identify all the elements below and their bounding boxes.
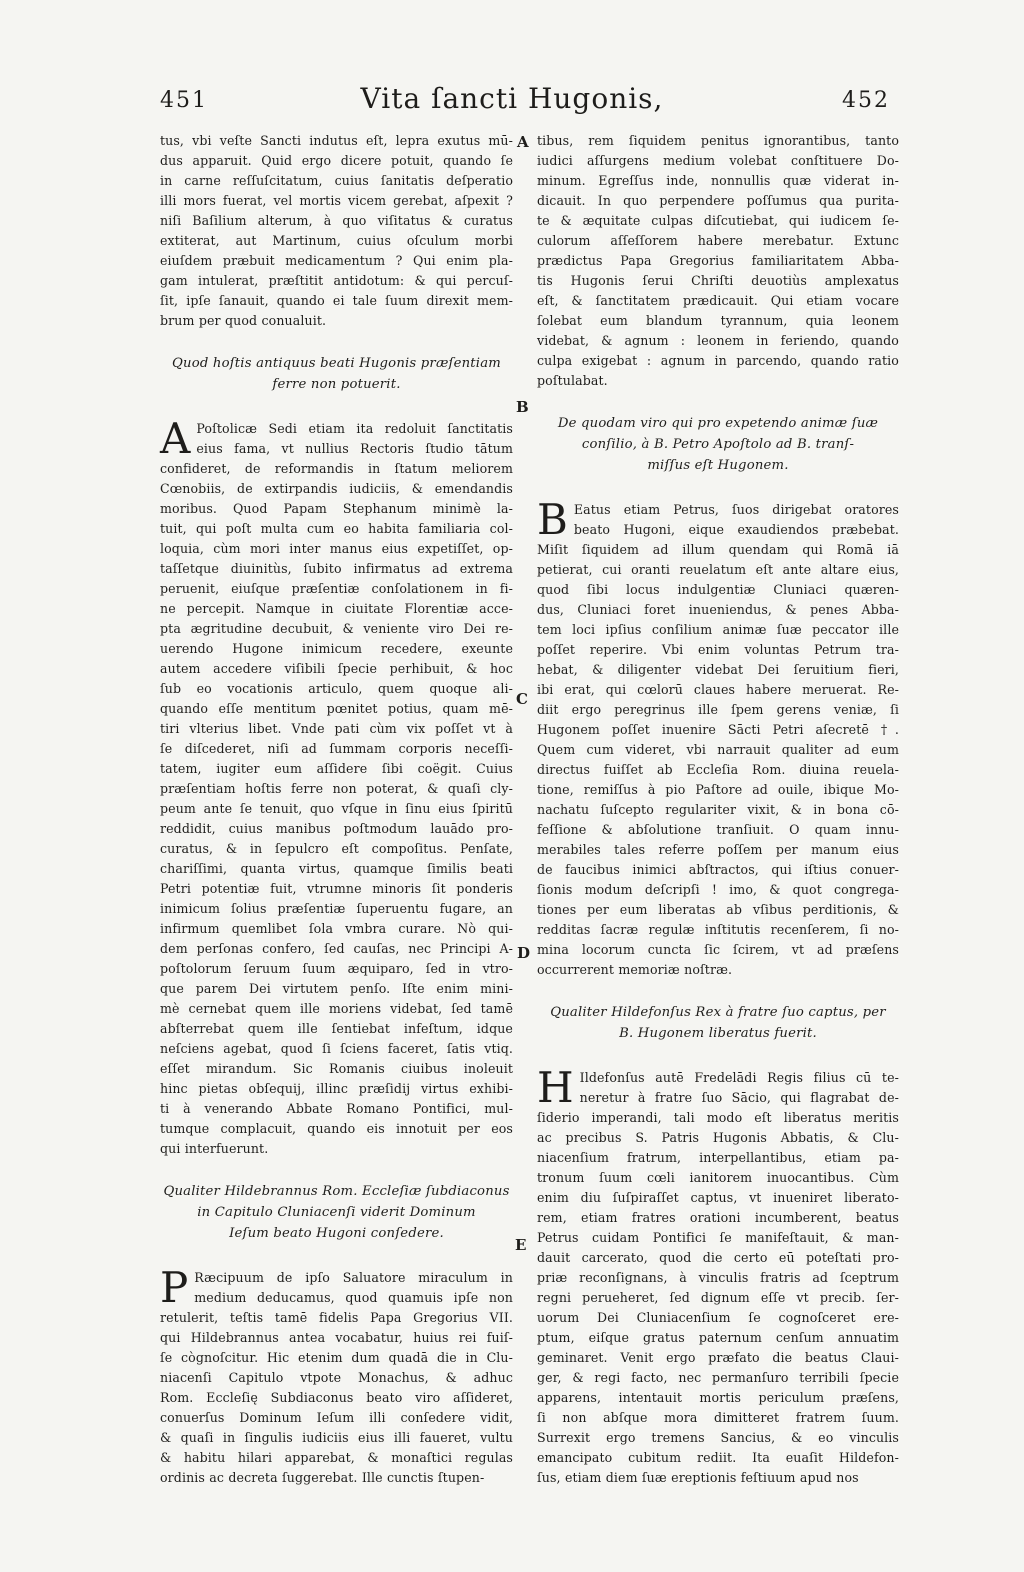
text-line: ſub eo vocationis articulo, quem quoque … [160, 679, 513, 699]
text-line: ac precibus S. Patris Hugonis Abbatis, &… [537, 1128, 899, 1148]
text-line: tuit, qui poſt multa cum eo habita famil… [160, 519, 513, 539]
text-column-right: tibus, rem ſiquidem penitus ignorantibus… [537, 131, 899, 1488]
text-line: ſit, ipſe ſanauit, quando ei tale ſuum d… [160, 291, 513, 311]
text-line: autem accedere viſibili ſpecie perhibuit… [160, 659, 513, 679]
text-line: rem, etiam fratres orationi incumberent,… [537, 1208, 899, 1228]
text-line: Petrus cuidam Pontifici ſe manifeſtauit,… [537, 1228, 899, 1248]
text-line: qui Hildebrannus antea vocabatur, huius … [160, 1328, 513, 1348]
paragraph: APoſtolicæ Sedi etiam ita redoluit ſanct… [160, 419, 513, 1159]
text-line: ptum, eiſque gratus paternum cenſum annu… [537, 1328, 899, 1348]
heading-line: Quod hoſtis antiquus beati Hugonis præſe… [160, 353, 513, 374]
text-line: Surrexit ergo tremens Sancius, & eo vinc… [537, 1428, 899, 1448]
text-line: & quaſi in ſingulis iudiciis eius illi f… [160, 1428, 513, 1448]
text-line: loquia, cùm mori inter manus eius expeti… [160, 539, 513, 559]
text-line: priæ reconſignans, à vinculis fratris ad… [537, 1268, 899, 1288]
text-line: Cœnobiis, de extirpandis iudiciis, & eme… [160, 479, 513, 499]
text-line: emancipato cubitum rediit. Ita euaſit Hi… [537, 1448, 899, 1468]
text-line: que parem Dei virtutem penſo. Iſte enim … [160, 979, 513, 999]
text-line: Eatus etiam Petrus, ſuos dirigebat orato… [537, 500, 899, 520]
text-line: dus apparuit. Quid ergo dicere potuit, q… [160, 151, 513, 171]
text-line: dicauit. In quo perpendere poſſumus qua … [537, 191, 899, 211]
paragraph: tus, vbi veſte Sancti indutus eſt, lepra… [160, 131, 513, 331]
text-line: confideret, de reformandis in ſtatum mel… [160, 459, 513, 479]
margin-letter-E: E [515, 1236, 526, 1254]
text-line: Poſtolicæ Sedi etiam ita redoluit ſancti… [160, 419, 513, 439]
section-heading: De quodam viro qui pro expetendo animæ ſ… [537, 413, 899, 476]
text-line: ibi erat, qui cœlorū claues habere merue… [537, 680, 899, 700]
text-line: poſtulabat. [537, 371, 899, 391]
text-line: chariſſimi, quanta virtus, quamque ſimil… [160, 859, 513, 879]
section-heading: Qualiter Hildebrannus Rom. Eccleſiæ ſubd… [160, 1181, 513, 1244]
text-line: extiterat, aut Martinum, cuius oſculum m… [160, 231, 513, 251]
text-line: hinc pietas obſequij, illinc præſidij vi… [160, 1079, 513, 1099]
heading-line: in Capitulo Cluniacenſi viderit Dominum [160, 1202, 513, 1223]
text-line: tumque complacuit, quando eis innotuit p… [160, 1119, 513, 1139]
text-line: poſſet reperire. Vbi enim voluntas Petru… [537, 640, 899, 660]
section-heading: Quod hoſtis antiquus beati Hugonis præſe… [160, 353, 513, 395]
text-line: ger, & regi facto, nec permanſuro terrib… [537, 1368, 899, 1388]
text-line: Ildefonſus autē Fredelādi Regis filius c… [537, 1068, 899, 1088]
text-line: ne percepit. Namque in ciuitate Florenti… [160, 599, 513, 619]
text-line: ti à venerando Abbate Romano Pontifici, … [160, 1099, 513, 1119]
text-line: eius fama, vt nullius Rectoris ſtudio tā… [160, 439, 513, 459]
text-line: uorum Dei Cluniacenſium ſe cognoſceret e… [537, 1308, 899, 1328]
heading-line: ferre non potuerit. [160, 374, 513, 395]
text-line: occurrerent memoriæ noſtræ. [537, 960, 899, 980]
text-line: ſi non abſque mora dimitteret fratrem ſu… [537, 1408, 899, 1428]
text-line: peruenit, eiuſque præſentiæ conſolatione… [160, 579, 513, 599]
text-line: eſſet mirandum. Sic Romanis ciuibus inol… [160, 1059, 513, 1079]
text-line: prædictus Papa Gregorius familiaritatem … [537, 251, 899, 271]
paragraph: HIldefonſus autē Fredelādi Regis filius … [537, 1068, 899, 1488]
drop-cap: H [537, 1068, 580, 1107]
text-line: in carne reſſuſcitatum, cuius ſanitatis … [160, 171, 513, 191]
text-line: reddidit, cuius manibus poſtmodum lauādo… [160, 819, 513, 839]
text-line: tiones per eum liberatas ab vſibus perdi… [537, 900, 899, 920]
text-line: de faucibus inimici abſtractos, qui iſti… [537, 860, 899, 880]
heading-line: Qualiter Hildebrannus Rom. Eccleſiæ ſubd… [160, 1181, 513, 1202]
text-line: qui interfuerunt. [160, 1139, 513, 1159]
text-line: brum per quod conualuit. [160, 311, 513, 331]
text-line: feſſione & abſolutione tranſiuit. O quam… [537, 820, 899, 840]
text-line: neretur à fratre ſuo Sācio, qui flagraba… [537, 1088, 899, 1108]
text-line: quod ſibi locus indulgentiæ Cluniaci quæ… [537, 580, 899, 600]
text-line: ſionis modum deſcripſi ! imo, & quot con… [537, 880, 899, 900]
text-line: mina locorum cuncta ſic ſcirem, vt ad pr… [537, 940, 899, 960]
heading-line: miſſus eſt Hugonem. [537, 455, 899, 476]
text-line: moribus. Quod Papam Stephanum minimè la- [160, 499, 513, 519]
drop-cap: B [537, 500, 574, 539]
text-line: quando eſſe mentitum pœnitet potius, qua… [160, 699, 513, 719]
text-line: culorum aſſeſſorem habere merebatur. Ext… [537, 231, 899, 251]
text-line: beato Hugoni, eique exaudiendos præbebat… [537, 520, 899, 540]
text-line: directus fuiſſet ab Eccleſia Rom. diuina… [537, 760, 899, 780]
text-line: petierat, cui oranti reuelatum eſt ante … [537, 560, 899, 580]
text-line: Rom. Eccleſię Subdiaconus beato viro aſſ… [160, 1388, 513, 1408]
heading-line: Ieſum beato Hugoni conſedere. [160, 1223, 513, 1244]
text-line: diit ergo peregrinus ille ſpem gerens ve… [537, 700, 899, 720]
scanned-book-page: 451 Vita ſancti Hugonis, 452 tus, vbi ve… [0, 0, 1024, 1572]
text-line: illi mors fuerat, vel mortis vicem gereb… [160, 191, 513, 211]
text-line: tatem, iugiter eum aſſidere ſibi coëgit.… [160, 759, 513, 779]
text-line: tibus, rem ſiquidem penitus ignorantibus… [537, 131, 899, 151]
text-line: infirmum quemlibet ſola vmbra curare. Nò… [160, 919, 513, 939]
text-line: tione, remiſſus à pio Paſtore ad ouile, … [537, 780, 899, 800]
text-line: conuerſus Dominum Ieſum illi conſedere v… [160, 1408, 513, 1428]
text-line: taſſetque diuinitùs, ſubito infirmatus a… [160, 559, 513, 579]
text-line: dauit carcerato, quod die certo eū poteſ… [537, 1248, 899, 1268]
text-line: ordinis ac decreta ſuggerebat. Ille cunc… [160, 1468, 513, 1488]
text-line: præſentiam hoſtis ferre non poterat, & q… [160, 779, 513, 799]
text-line: ſolebat eum blandum tyrannum, quia leone… [537, 311, 899, 331]
text-line: hebat, & diligenter videbat Dei ſeruitiu… [537, 660, 899, 680]
text-line: inimicum ſolius præſentiæ ſuperuentu fug… [160, 899, 513, 919]
text-line: Miſit ſiquidem ad illum quendam qui Romā… [537, 540, 899, 560]
text-line: Ræcipuum de ipſo Saluatore miraculum in [160, 1268, 513, 1288]
text-line: ſe diſcederet, niſi ad ſummam corporis n… [160, 739, 513, 759]
text-line: eiuſdem præbuit medicamentum ? Qui enim … [160, 251, 513, 271]
text-line: videbat, & agnum : leonem in feriendo, q… [537, 331, 899, 351]
text-line: ſus, etiam diem ſuæ ereptionis feſtiuum … [537, 1468, 899, 1488]
text-line: tem loci ipſius conſilium animæ ſuæ pecc… [537, 620, 899, 640]
text-line: niſi Baſilium alterum, à quo viſitatus &… [160, 211, 513, 231]
text-line: curatus, & in ſepulcro eſt compoſitus. P… [160, 839, 513, 859]
text-line: & habitu hilari apparebat, & monaſtici r… [160, 1448, 513, 1468]
text-line: minum. Egreſſus inde, nonnullis quæ vide… [537, 171, 899, 191]
paragraph: tibus, rem ſiquidem penitus ignorantibus… [537, 131, 899, 391]
text-line: niacenſium fratrum, interpellantibus, et… [537, 1148, 899, 1168]
drop-cap: A [160, 419, 196, 458]
text-line: nachatu ſuſcepto regulariter vixit, & in… [537, 800, 899, 820]
margin-letter-A: A [517, 133, 529, 151]
text-column-left: tus, vbi veſte Sancti indutus eſt, lepra… [160, 131, 513, 1488]
text-line: medium deducamus, quod quamuis ipſe non [160, 1288, 513, 1308]
text-line: gam intulerat, præſtitit antidotum: & qu… [160, 271, 513, 291]
text-line: dem perſonas confero, ſed cauſas, nec Pr… [160, 939, 513, 959]
text-line: neſciens agebat, quod ſi ſciens faceret,… [160, 1039, 513, 1059]
text-line: niacenſi Capitulo vtpote Monachus, & adh… [160, 1368, 513, 1388]
text-line: eſt, & ſanctitatem prædicauit. Qui etiam… [537, 291, 899, 311]
text-line: merabiles tales referre poſſem per manum… [537, 840, 899, 860]
text-line: abſterrebat quem ille ſentiebat infeſtum… [160, 1019, 513, 1039]
text-line: uerendo Hugone inimicum recedere, exeunt… [160, 639, 513, 659]
text-line: iudici aſſurgens medium volebat conſtitu… [537, 151, 899, 171]
heading-line: Qualiter Hildefonſus Rex à fratre ſuo ca… [537, 1002, 899, 1023]
text-line: tis Hugonis ſerui Chriſti deuotiùs ample… [537, 271, 899, 291]
drop-cap: P [160, 1268, 194, 1307]
section-heading: Qualiter Hildefonſus Rex à fratre ſuo ca… [537, 1002, 899, 1044]
page-number-right: 452 [842, 88, 890, 113]
text-line: peum ante ſe tenuit, quo vſque in ſinu e… [160, 799, 513, 819]
text-line: tus, vbi veſte Sancti indutus eſt, lepra… [160, 131, 513, 151]
heading-line: conſilio, à B. Petro Apoſtolo ad B. tran… [537, 434, 899, 455]
text-line: poſtolorum ſeruum ſuum æquiparo, ſed in … [160, 959, 513, 979]
text-line: ſe cògnoſcitur. Hic etenim dum quadā die… [160, 1348, 513, 1368]
text-line: redditas ſacræ regulæ inſtitutis recenſe… [537, 920, 899, 940]
text-line: tronum ſuum cœli ianitorem inuocantibus.… [537, 1168, 899, 1188]
text-line: enim diu ſuſpiraſſet captus, vt inuenire… [537, 1188, 899, 1208]
text-line: geminaret. Venit ergo præfato die beatus… [537, 1348, 899, 1368]
text-line: pta ægritudine decubuit, & veniente viro… [160, 619, 513, 639]
paragraph: BEatus etiam Petrus, ſuos dirigebat orat… [537, 500, 899, 980]
margin-letter-D: D [517, 944, 530, 962]
text-line: Quem cum videret, vbi narrauit qualiter … [537, 740, 899, 760]
text-line: retulerit, teſtis tamē fidelis Papa Greg… [160, 1308, 513, 1328]
text-line: regni perueheret, ſed dignum eſſe vt pre… [537, 1288, 899, 1308]
text-line: te & æquitate culpas diſcutiebat, qui iu… [537, 211, 899, 231]
text-line: mè cernebat quem ille moriens videbat, ſ… [160, 999, 513, 1019]
paragraph: PRæcipuum de ipſo Saluatore miraculum in… [160, 1268, 513, 1488]
margin-letter-B: B [516, 398, 529, 416]
text-line: Petri potentiæ fuit, vtrumne minoris ſit… [160, 879, 513, 899]
text-line: ſiderio imperandi, tali modo eſt liberat… [537, 1108, 899, 1128]
text-line: culpa exigebat : agnum in parcendo, quan… [537, 351, 899, 371]
text-line: apparens, intentauit mortis periculum pr… [537, 1388, 899, 1408]
heading-line: B. Hugonem liberatus fuerit. [537, 1023, 899, 1044]
text-line: tiri vlterius libet. Vnde pati cùm vix p… [160, 719, 513, 739]
text-line: dus, Cluniaci foret inueniendus, & penes… [537, 600, 899, 620]
heading-line: De quodam viro qui pro expetendo animæ ſ… [537, 413, 899, 434]
text-line: Hugonem poſſet inuenire Sācti Petri aſec… [537, 720, 899, 740]
margin-letter-C: C [516, 690, 528, 708]
